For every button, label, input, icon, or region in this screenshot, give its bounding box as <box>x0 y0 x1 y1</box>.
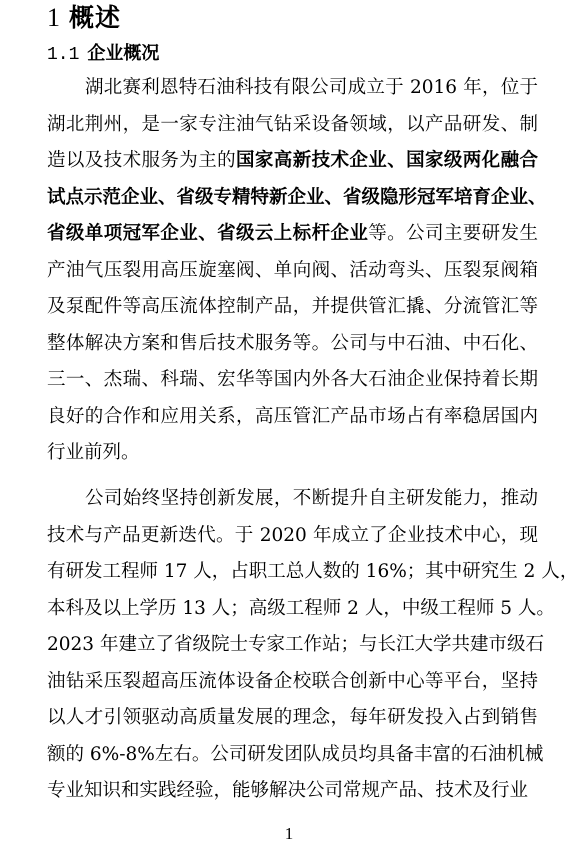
text-line: 油钻采压裂超高压流体设备企校联合创新中心等平台，坚持 <box>47 664 538 701</box>
page-number: 1 <box>0 824 578 844</box>
text-line: 湖北赛利恩特石油科技有限公司成立于 2016 年，位于 <box>47 70 538 107</box>
text-run: 良好的合作和应用关系，高压管汇产品市场占有率稳居国内 <box>47 406 538 427</box>
text-line: 湖北荆州，是一家专注油气钻采设备领域，以产品研发、制 <box>47 107 538 144</box>
text-line: 造以及技术服务为主的国家高新技术企业、国家级两化融合 <box>47 143 538 180</box>
text-line: 额的 6%-8%左右。公司研发团队成员均具备丰富的石油机械 <box>47 737 538 774</box>
text-run: 湖北荆州，是一家专注油气钻采设备领域，以产品研发、制 <box>47 114 538 135</box>
text-line: 技术与产品更新迭代。于 2020 年成立了企业技术中心，现 <box>47 518 538 555</box>
paragraph-company-overview: 湖北赛利恩特石油科技有限公司成立于 2016 年，位于湖北荆州，是一家专注油气钻… <box>47 70 538 472</box>
text-line: 专业知识和实践经验，能够解决公司常规产品、技术及行业 <box>47 773 538 810</box>
heading-2-number: 1.1 <box>47 45 79 65</box>
heading-1-title: 概述 <box>69 3 121 32</box>
heading-2-title: 企业概况 <box>87 43 159 64</box>
text-run: 本科及以上学历 13 人；高级工程师 2 人，中级工程师 5 人。 <box>47 598 555 619</box>
text-run: 等。公司主要研发生 <box>368 223 538 244</box>
bold-text-run: 省级单项冠军企业、省级云上标杆企业 <box>47 223 368 244</box>
heading-1: 1概述 <box>47 2 121 34</box>
text-run: 公司始终坚持创新发展，不断提升自主研发能力，推动 <box>85 488 538 509</box>
text-line: 整体解决方案和售后技术服务等。公司与中石油、中石化、 <box>47 326 538 363</box>
text-line: 行业前列。 <box>47 435 538 472</box>
text-run: 技术与产品更新迭代。于 2020 年成立了企业技术中心，现 <box>47 525 538 546</box>
document-page: 1概述 1.1企业概况 湖北赛利恩特石油科技有限公司成立于 2016 年，位于湖… <box>0 0 578 849</box>
text-run: 产油气压裂用高压旋塞阀、单向阀、活动弯头、压裂泵阀箱 <box>47 260 538 281</box>
text-line: 试点示范企业、省级专精特新企业、省级隐形冠军培育企业、 <box>47 180 538 217</box>
text-line: 本科及以上学历 13 人；高级工程师 2 人，中级工程师 5 人。 <box>47 591 538 628</box>
bold-text-run: 试点示范企业、省级专精特新企业、省级隐形冠军培育企业、 <box>47 187 547 208</box>
heading-2: 1.1企业概况 <box>47 41 159 67</box>
text-run: 额的 6%-8%左右。公司研发团队成员均具备丰富的石油机械 <box>47 744 543 765</box>
bold-text-run: 国家高新技术企业、国家级两化融合 <box>236 150 538 171</box>
text-run: 及泵配件等高压流体控制产品，并提供管汇撬、分流管汇等 <box>47 296 538 317</box>
text-line: 以人才引领驱动高质量发展的理念，每年研发投入占到销售 <box>47 700 538 737</box>
text-run: 湖北赛利恩特石油科技有限公司成立于 2016 年，位于 <box>85 77 538 98</box>
text-run: 造以及技术服务为主的 <box>47 150 236 171</box>
text-line: 有研发工程师 17 人，占职工总人数的 16%；其中研究生 2 人， <box>47 554 538 591</box>
text-line: 公司始终坚持创新发展，不断提升自主研发能力，推动 <box>47 481 538 518</box>
text-line: 三一、杰瑞、科瑞、宏华等国内外各大石油企业保持着长期 <box>47 362 538 399</box>
text-run: 以人才引领驱动高质量发展的理念，每年研发投入占到销售 <box>47 707 538 728</box>
text-line: 产油气压裂用高压旋塞阀、单向阀、活动弯头、压裂泵阀箱 <box>47 253 538 290</box>
text-line: 省级单项冠军企业、省级云上标杆企业等。公司主要研发生 <box>47 216 538 253</box>
text-line: 良好的合作和应用关系，高压管汇产品市场占有率稳居国内 <box>47 399 538 436</box>
text-run: 行业前列。 <box>47 442 140 463</box>
text-run: 专业知识和实践经验，能够解决公司常规产品、技术及行业 <box>47 780 528 801</box>
text-line: 及泵配件等高压流体控制产品，并提供管汇撬、分流管汇等 <box>47 289 538 326</box>
text-run: 油钻采压裂超高压流体设备企校联合创新中心等平台，坚持 <box>47 671 538 692</box>
text-run: 三一、杰瑞、科瑞、宏华等国内外各大石油企业保持着长期 <box>47 369 538 390</box>
heading-1-number: 1 <box>47 3 61 32</box>
text-line: 2023 年建立了省级院士专家工作站；与长江大学共建市级石 <box>47 627 538 664</box>
text-run: 有研发工程师 17 人，占职工总人数的 16%；其中研究生 2 人， <box>47 561 578 582</box>
text-run: 整体解决方案和售后技术服务等。公司与中石油、中石化、 <box>47 333 538 354</box>
paragraph-rd-capability: 公司始终坚持创新发展，不断提升自主研发能力，推动技术与产品更新迭代。于 2020… <box>47 481 538 810</box>
text-run: 2023 年建立了省级院士专家工作站；与长江大学共建市级石 <box>47 634 544 655</box>
